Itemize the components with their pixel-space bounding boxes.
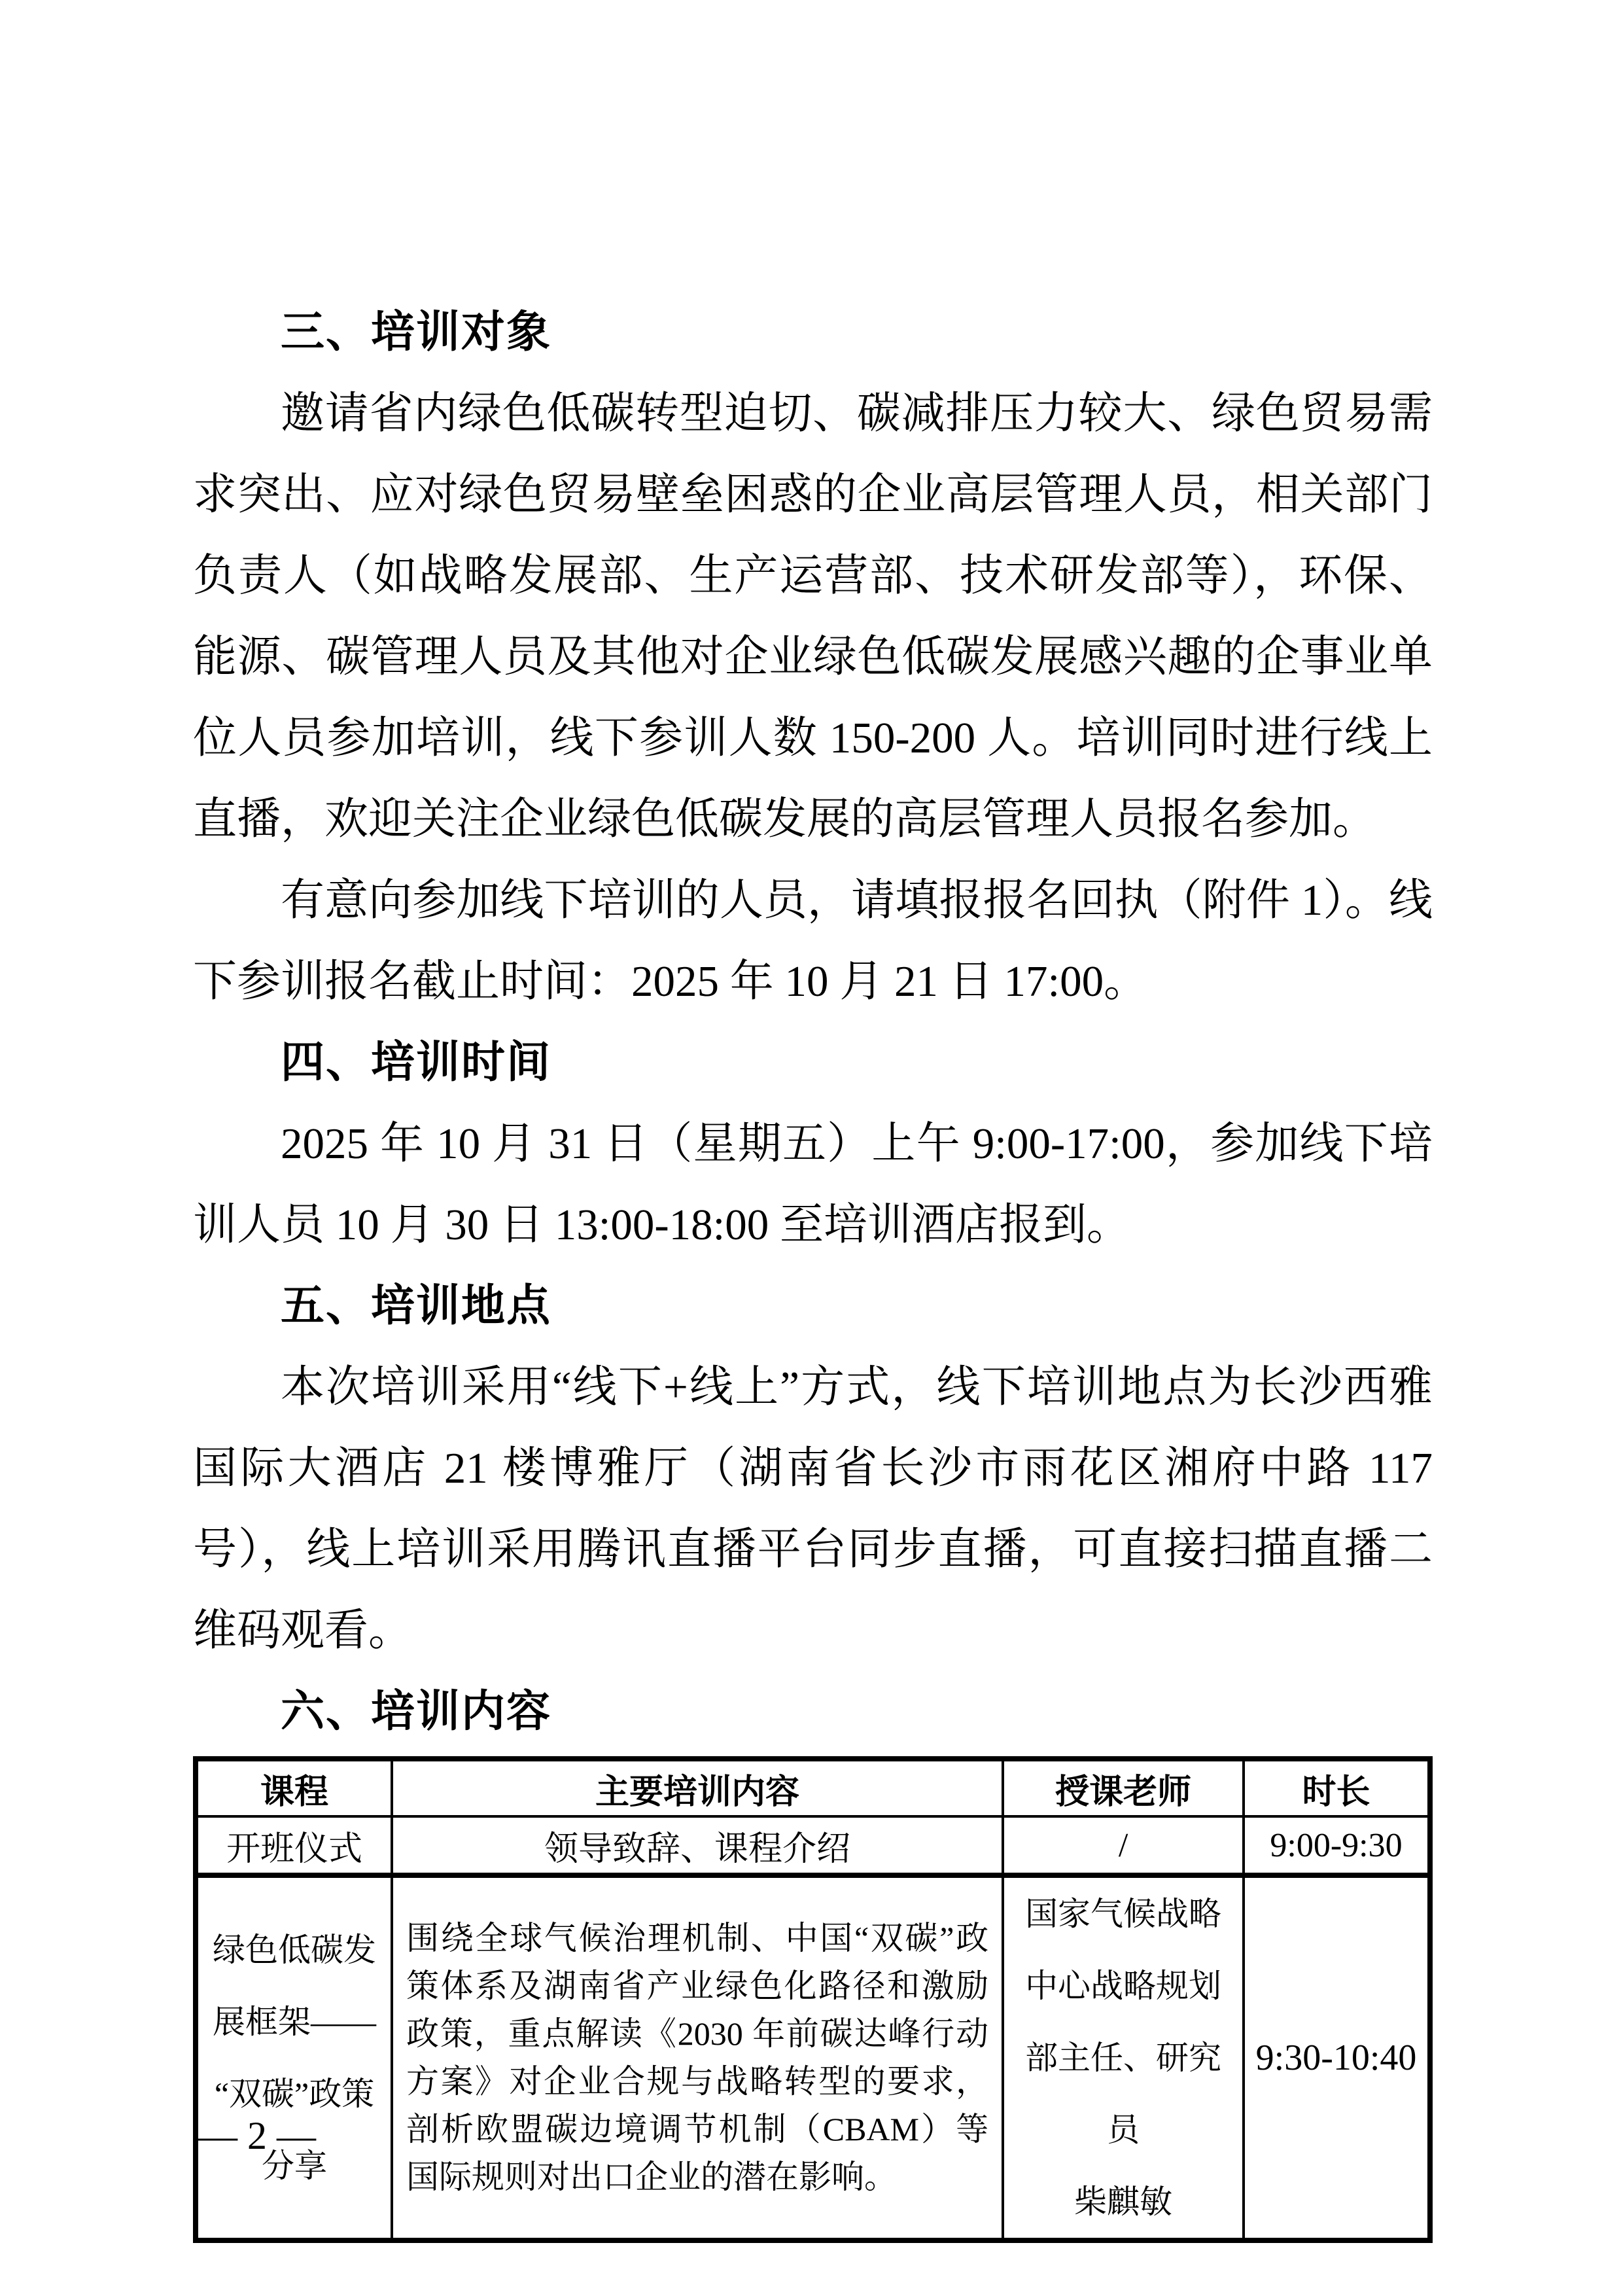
header-cell-course: 课程 [196,1759,392,1816]
header-cell-main-content: 主要培训内容 [392,1759,1003,1816]
paragraph-training-audience-2: 有意向参加线下培训的人员，请填报报名回执（附件 1）。线下参训报名截止时间：20… [193,860,1433,1022]
cell-content-dual-carbon: 围绕全球气候治理机制、中国“双碳”政策体系及湖南省产业绿色化路径和激励政策，重点… [392,1875,1003,2240]
section-heading-training-content: 六、培训内容 [193,1671,1433,1752]
header-cell-teacher: 授课老师 [1003,1759,1244,1816]
cell-course-opening: 开班仪式 [196,1816,392,1875]
cell-duration-dual-carbon: 9:30-10:40 [1244,1875,1430,2240]
cell-teacher-dual-carbon: 国家气候战略 中心战略规划 部主任、研究员 柴麒敏 [1003,1875,1244,2240]
cell-teacher-opening: / [1003,1816,1244,1875]
table-row-opening-ceremony: 开班仪式 领导致辞、课程介绍 / 9:00-9:30 [196,1816,1430,1875]
paragraph-training-location: 本次培训采用“线下+线上”方式，线下培训地点为长沙西雅国际大酒店 21 楼博雅厅… [193,1347,1433,1671]
table-header-row: 课程 主要培训内容 授课老师 时长 [196,1759,1430,1816]
paragraph-training-time: 2025 年 10 月 31 日（星期五）上午 9:00-17:00，参加线下培… [193,1103,1433,1265]
cell-course-dual-carbon: 绿色低碳发 展框架—— “双碳”政策 分享 [196,1875,392,2240]
table-row-dual-carbon-course: 绿色低碳发 展框架—— “双碳”政策 分享 围绕全球气候治理机制、中国“双碳”政… [196,1875,1430,2240]
section-heading-training-audience: 三、培训对象 [193,292,1433,373]
section-heading-training-location: 五、培训地点 [193,1265,1433,1347]
training-content-table: 课程 主要培训内容 授课老师 时长 开班仪式 领导致辞、课程介绍 / 9:00-… [193,1756,1433,2243]
header-cell-duration: 时长 [1244,1759,1430,1816]
section-heading-training-time: 四、培训时间 [193,1022,1433,1103]
cell-content-opening: 领导致辞、课程介绍 [392,1816,1003,1875]
paragraph-training-audience-1: 邀请省内绿色低碳转型迫切、碳减排压力较大、绿色贸易需求突出、应对绿色贸易壁垒困惑… [193,373,1433,860]
cell-duration-opening: 9:00-9:30 [1244,1816,1430,1875]
document-page: 三、培训对象 邀请省内绿色低碳转型迫切、碳减排压力较大、绿色贸易需求突出、应对绿… [0,0,1623,2296]
page-number: — 2 — [198,2115,316,2157]
